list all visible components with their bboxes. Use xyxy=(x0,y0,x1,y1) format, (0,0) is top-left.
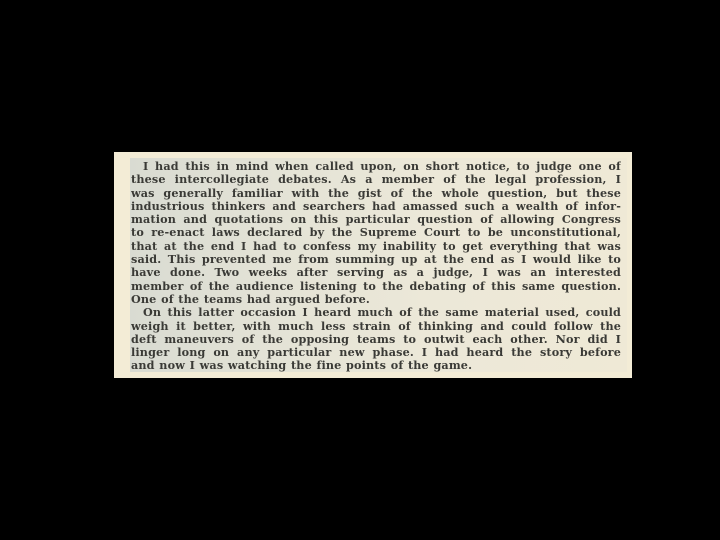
slide-canvas: I had this in mind when called upon, on … xyxy=(0,0,720,540)
text-line: linger long on any particular new phase.… xyxy=(131,346,621,359)
text-line: mation and quotations on this particular… xyxy=(131,213,621,226)
text-line: was generally familiar with the gist of … xyxy=(131,187,621,200)
text-line: On this latter occasion I heard much of … xyxy=(131,306,621,319)
text-line: member of the audience listening to the … xyxy=(131,280,621,293)
text-line: I had this in mind when called upon, on … xyxy=(131,160,621,173)
text-line: to re-enact laws declared by the Supreme… xyxy=(131,226,621,239)
text-line: said. This prevented me from summing up … xyxy=(131,253,621,266)
text-line: have done. Two weeks after serving as a … xyxy=(131,266,621,279)
newspaper-clipping: I had this in mind when called upon, on … xyxy=(114,152,632,378)
text-line: deft maneuvers of the opposing teams to … xyxy=(131,333,621,346)
text-line: that at the end I had to confess my inab… xyxy=(131,240,621,253)
paragraph-2: On this latter occasion I heard much of … xyxy=(131,306,621,372)
text-line: these intercollegiate debates. As a memb… xyxy=(131,173,621,186)
text-line: and now I was watching the fine points o… xyxy=(131,359,621,372)
paragraph-1: I had this in mind when called upon, on … xyxy=(131,160,621,306)
text-line: industrious thinkers and searchers had a… xyxy=(131,200,621,213)
article-text: I had this in mind when called upon, on … xyxy=(131,160,621,373)
text-line: weigh it better, with much less strain o… xyxy=(131,320,621,333)
text-line: One of the teams had argued before. xyxy=(131,293,621,306)
